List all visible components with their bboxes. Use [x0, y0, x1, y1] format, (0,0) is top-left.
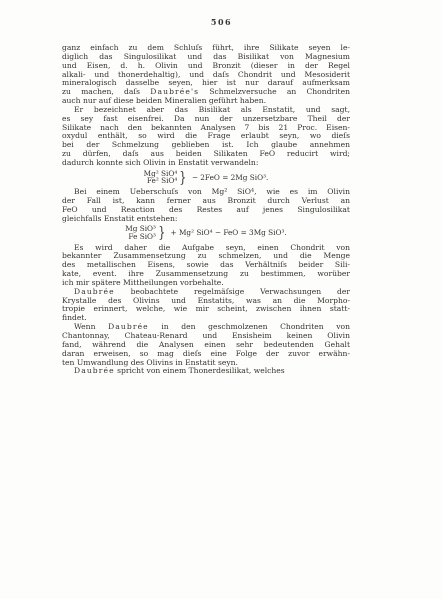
person-name: Daubrée [74, 287, 115, 296]
paragraph: Bei einem Ueberschuſs von Mg² SiO⁴, wie … [62, 188, 350, 223]
formula-stack: Mg SiO³Fe SiO³ [125, 225, 156, 240]
chemical-formula: Mg SiO³Fe SiO³}+ Mg² SiO⁴ − FeO = 3Mg Si… [62, 223, 350, 243]
person-name: Daubrée's [150, 87, 199, 96]
text-line: gleichfalls Enstatit entstehen: [62, 215, 350, 224]
chemical-formula: Mg² SiO⁴Fe² SiO⁴}− 2FeO = 2Mg SiO³. [62, 168, 350, 188]
formula-stack: Mg² SiO⁴Fe² SiO⁴ [144, 170, 178, 185]
brace-glyph: } [180, 170, 187, 185]
book-page: 506 ganz einfach zu dem Schluſs führt, i… [0, 0, 443, 599]
paragraph: Es wird daher die Aufgabe seyn, einen Ch… [62, 244, 350, 288]
text-line: tropie erinnert, welche, wie mir scheint… [62, 305, 350, 314]
formula-rest: − 2FeO = 2Mg SiO³. [192, 173, 268, 182]
paragraph: ganz einfach zu dem Schluſs führt, ihre … [62, 44, 350, 106]
page-number: 506 [0, 17, 443, 27]
person-name: Daubrée [74, 366, 115, 375]
text-line: Daubrée spricht von einem Thonerdesilika… [62, 367, 350, 376]
formula-bottom: Fe² SiO⁴ [144, 177, 178, 185]
text-block: ganz einfach zu dem Schluſs führt, ihre … [62, 44, 350, 376]
paragraph: Wenn Daubrée in den geschmolzenen Chondr… [62, 323, 350, 367]
formula-rest: + Mg² SiO⁴ − FeO = 3Mg SiO³. [171, 228, 287, 237]
formula-bottom: Fe SiO³ [125, 233, 156, 241]
paragraph: Daubrée spricht von einem Thonerdesilika… [62, 367, 350, 376]
paragraph: Daubrée beobachtete regelmäſsige Verwach… [62, 288, 350, 323]
brace-glyph: } [158, 225, 165, 240]
person-name: Daubrée [108, 322, 149, 331]
paragraph: Er bezeichnet aber das Bisilikat als Ens… [62, 106, 350, 168]
text-line: dadurch konnte sich Olivin in Enstatit v… [62, 159, 350, 168]
